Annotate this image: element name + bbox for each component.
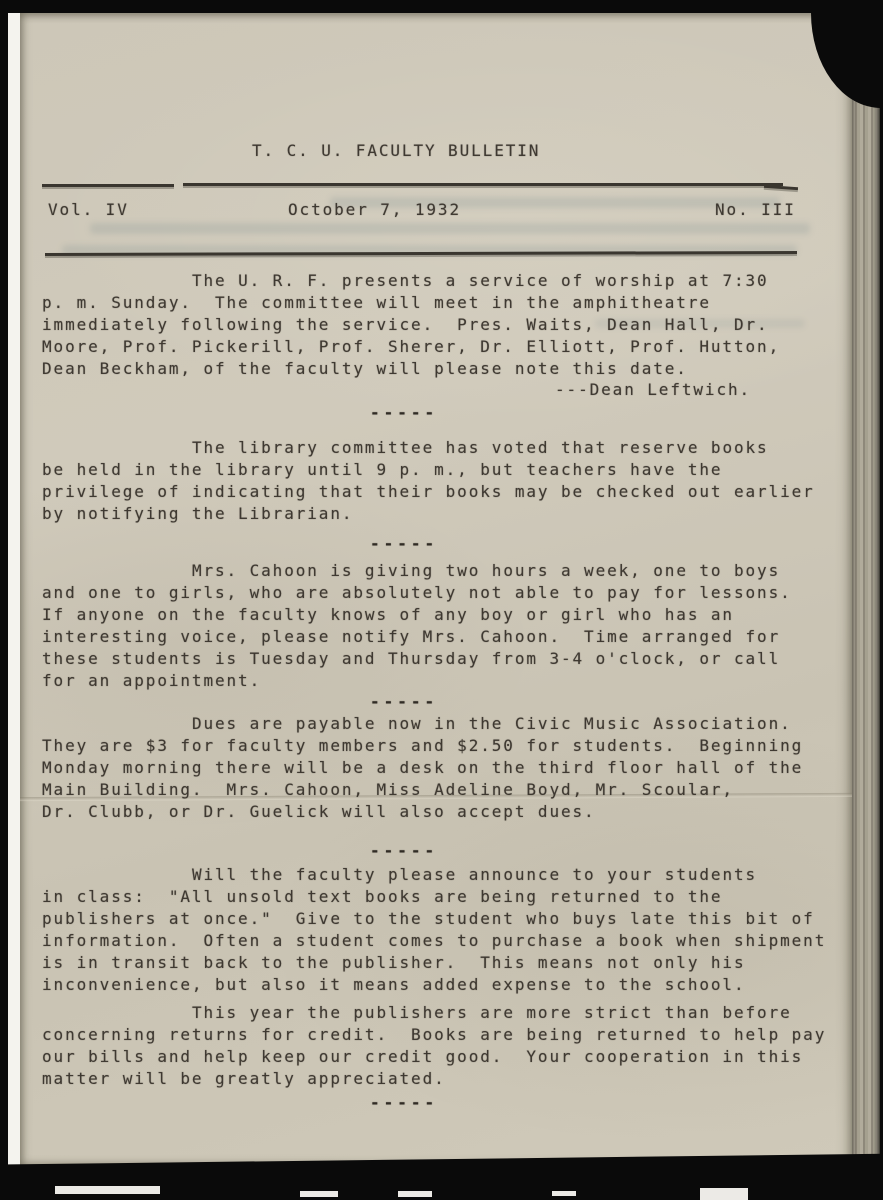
paragraph-publisher-credit: This year the publishers are more strict…: [42, 1002, 848, 1090]
paragraph-civic-music-dues: Dues are payable now in the Civic Music …: [42, 713, 848, 823]
signature-dean-leftwich: ---Dean Leftwich.: [555, 379, 751, 401]
issue-date: October 7, 1932: [288, 199, 461, 221]
issue-number: No. III: [715, 199, 796, 221]
paper-sheet: T. C. U. FACULTY BULLETIN Vol. IV Octobe…: [20, 13, 852, 1168]
masthead-rule-top: [183, 183, 783, 186]
page-edge-stack: [852, 24, 880, 1164]
paragraph-library-committee: The library committee has voted that res…: [42, 437, 848, 525]
scan-bottom-border: [0, 1170, 883, 1200]
scan-artifact: [55, 1186, 160, 1194]
scanned-bulletin-page: T. C. U. FACULTY BULLETIN Vol. IV Octobe…: [0, 0, 883, 1200]
scan-artifact: [300, 1191, 338, 1197]
section-separator: -----: [370, 402, 438, 424]
masthead-rule-top: [42, 184, 174, 187]
page-title: T. C. U. FACULTY BULLETIN: [252, 140, 540, 162]
section-separator: -----: [370, 840, 438, 862]
scanner-bed-strip: [8, 13, 20, 1165]
paragraph-textbook-returns: Will the faculty please announce to your…: [42, 864, 848, 996]
scan-artifact: [398, 1191, 432, 1197]
masthead-rule-top-end: [764, 185, 798, 190]
ink-bleed-through: [90, 223, 810, 234]
paragraph-worship-service: The U. R. F. presents a service of worsh…: [42, 270, 848, 380]
section-separator: -----: [370, 1092, 438, 1114]
section-separator: -----: [370, 691, 438, 713]
paragraph-mrs-cahoon-lessons: Mrs. Cahoon is giving two hours a week, …: [42, 560, 848, 692]
scan-artifact: [552, 1191, 576, 1196]
section-separator: -----: [370, 533, 438, 555]
scan-artifact: [700, 1188, 748, 1200]
masthead-rule-bottom: [45, 251, 797, 256]
volume-label: Vol. IV: [48, 199, 129, 221]
